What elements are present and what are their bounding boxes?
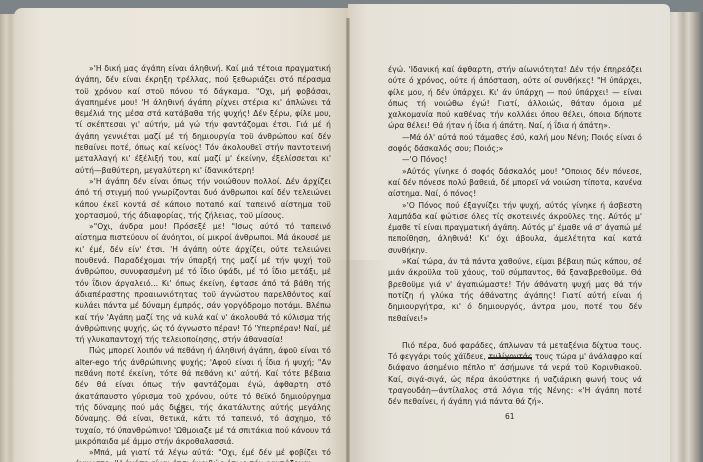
paragraph: Πώς μπορεϊ λοιπόν νά πεθάνη ή άληθινή άγ… — [75, 345, 331, 447]
paragraph: —Μά όλ' αύτά πού τάμαθες έσύ, καλή μου Ν… — [388, 132, 642, 155]
page-stack-right-edge — [667, 12, 703, 462]
paragraph: Πιό πέρα, δυό φαράδες, άπλωναν τά μεταξέ… — [388, 340, 642, 408]
paragraph: »Αύτός γίνηκε ό σοφός δάσκαλός μου! "Οπο… — [388, 166, 642, 200]
page-number-right: 61 — [505, 412, 515, 421]
paragraph: »Μπά, μά γιατί τά λέγω αύτά: "Οχι, έμέ δ… — [75, 447, 331, 462]
chapter-end-rule — [488, 357, 532, 359]
paragraph: »'Η άγάπη δέν είναι όπως τήν νοιώθουν πο… — [75, 176, 331, 221]
paragraph: »Καί τώρα, άν τά πάντα χαθούνε, είμαι βέ… — [388, 256, 642, 324]
page-number-left: 60 — [176, 406, 186, 415]
paragraph: έγώ. 'Ιδανική καί άφθαρτη, στήν αίωνιότη… — [388, 64, 642, 132]
paragraph: »'Η δική μας άγάπη είναι άληθινή. Καί μι… — [75, 63, 331, 176]
page-fold-shadow — [330, 260, 390, 462]
left-page-text: »'Η δική μας άγάπη είναι άληθινή. Καί μι… — [75, 63, 331, 462]
paragraph: —'Ο Πόνος! — [388, 154, 642, 165]
paragraph: »"Οχι, άνδρα μου! Πρόσεξέ με! "Ισως αύτό… — [75, 221, 331, 345]
paragraph: »'Ο Πόνος πού έξαγνίζει τήν ψυχή, αύτός … — [388, 200, 642, 256]
